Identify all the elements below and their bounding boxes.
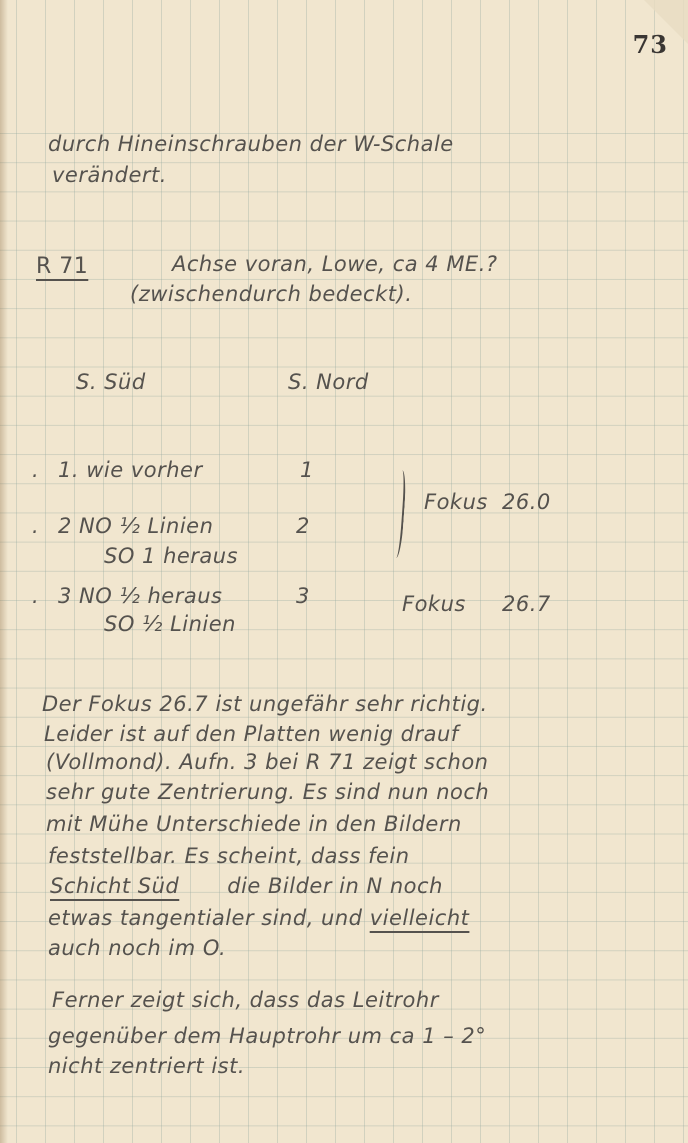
row-2-north: 2	[296, 514, 310, 538]
focus-note-2-value: 26.7	[502, 592, 551, 616]
focus-note-1-label: Fokus	[424, 490, 488, 514]
row-2-bullet: .	[32, 514, 39, 538]
paragraph-1-line-4: sehr gute Zentrierung. Es sind nun noch	[46, 780, 489, 804]
paragraph-1-line-3: (Vollmond). Aufn. 3 bei R 71 zeigt schon	[46, 750, 489, 774]
paragraph-1-line-9: auch noch im O.	[48, 936, 226, 960]
column-header-north: S. Nord	[288, 370, 369, 394]
row-1-bullet: .	[32, 458, 39, 482]
paragraph-1-line-2: Leider ist auf den Platten wenig drauf	[44, 722, 459, 746]
paragraph-1-line-7-rest: die Bilder in N noch	[227, 874, 443, 898]
paragraph-1-line-8-start: etwas tangentialer sind, und	[48, 906, 370, 930]
entry-heading: Achse voran, Lowe, ca 4 ME.?	[172, 252, 498, 276]
paragraph-1-line-7: Schicht Süddie Bilder in N noch	[50, 874, 443, 898]
row-1-north: 1	[300, 458, 314, 482]
paragraph-1-line-6: feststellbar. Es scheint, dass fein	[48, 844, 410, 868]
column-header-south: S. Süd	[76, 370, 146, 394]
paragraph-2-line-1: Ferner zeigt sich, dass das Leitrohr	[52, 988, 439, 1012]
entry-subheading: (zwischendurch bedeckt).	[130, 282, 412, 306]
intro-line-1: durch Hineinschrauben der W-Schale	[48, 132, 454, 156]
focus-note-2-label: Fokus	[402, 592, 466, 616]
underlined-schicht-sud: Schicht Süd	[50, 874, 179, 898]
row-2-south-line-2: SO 1 heraus	[104, 544, 238, 568]
row-2-south-line-1: 2 NO ½ Linien	[58, 514, 213, 538]
row-3-bullet: .	[32, 584, 39, 608]
row-1-south: 1. wie vorher	[58, 458, 203, 482]
notebook-page: 73 durch Hineinschrauben der W-Schale ve…	[0, 0, 688, 1143]
focus-note-1-value: 26.0	[502, 490, 551, 514]
underlined-vielleicht: vielleicht	[370, 906, 470, 930]
paragraph-2-line-3: nicht zentriert ist.	[48, 1054, 245, 1078]
row-3-north: 3	[296, 584, 310, 608]
entry-label: R 71	[36, 254, 88, 279]
page-number: 73	[633, 30, 668, 59]
row-3-south-line-2: SO ½ Linien	[104, 612, 236, 636]
paragraph-1-line-8: etwas tangentialer sind, und vielleicht	[48, 906, 469, 930]
paragraph-1-line-5: mit Mühe Unterschiede in den Bildern	[46, 812, 462, 836]
paragraph-1-line-1: Der Fokus 26.7 ist ungefähr sehr richtig…	[42, 692, 488, 716]
intro-line-2: verändert.	[52, 163, 167, 187]
bracket-rows-1-2	[389, 470, 407, 559]
paragraph-2-line-2: gegenüber dem Hauptrohr um ca 1 – 2°	[48, 1024, 486, 1048]
row-3-south-line-1: 3 NO ½ heraus	[58, 584, 222, 608]
